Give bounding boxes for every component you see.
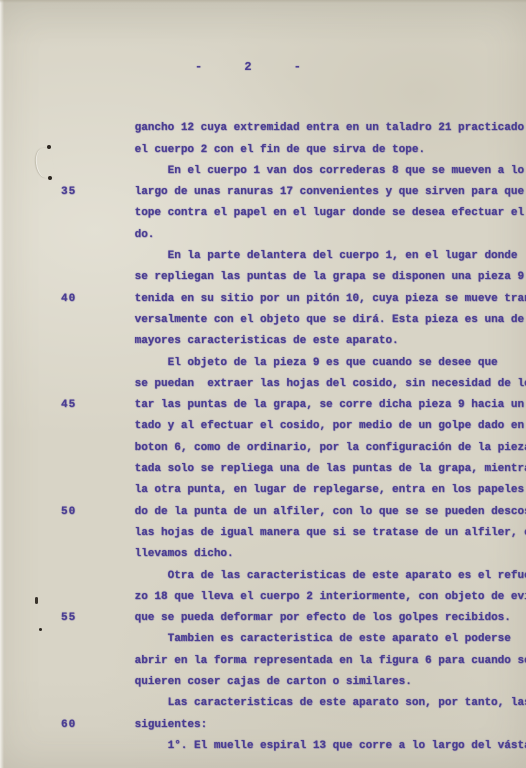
page-header: - 2 - xyxy=(195,60,301,74)
margin-line-number: 45 xyxy=(61,395,89,416)
text-line-row: do de la punta de un alfiler, con lo que… xyxy=(95,480,526,501)
staple-hole xyxy=(47,145,51,149)
text-line-row: llevamos dicho. xyxy=(95,523,526,544)
text-line-row: mayores caracteristicas de este aparato. xyxy=(95,310,526,331)
text-line-row: Las caracteristicas de este aparato son,… xyxy=(95,672,526,693)
text-line-row: abrir en la forma representada en la fig… xyxy=(95,629,526,650)
text-line-row: En la parte delantera del cuerpo 1, en e… xyxy=(95,225,526,246)
scanned-document-page: - 2 - gancho 12 cuya extremidad entra en… xyxy=(0,0,526,768)
text-line-row: boton 6, como de ordinario, por la confi… xyxy=(95,416,526,437)
paper-crease xyxy=(34,147,55,179)
text-line-row: 40versalmente con el objeto que se dirá.… xyxy=(95,289,526,310)
text-line-row: siguientes: xyxy=(95,693,526,714)
margin-line-number: 50 xyxy=(61,502,89,523)
margin-line-number: 40 xyxy=(61,289,89,310)
text-line: 1°. El muelle espiral 13 que corre a lo … xyxy=(135,736,526,757)
header-right-dash: - xyxy=(294,60,301,74)
text-line-row: tar las puntas de la grapa, se corre dic… xyxy=(95,374,526,395)
text-line-row: do. xyxy=(95,203,526,224)
page-number: 2 xyxy=(244,60,251,74)
text-line-row: se repliegan las puntas de la grapa se d… xyxy=(95,246,526,267)
scan-edge-top xyxy=(0,0,526,3)
staple-hole xyxy=(48,176,52,180)
text-line-row: 55Tambien es caracteristica de este apar… xyxy=(95,608,526,629)
text-line-row: largo de unas ranuras 17 convenientes y … xyxy=(95,161,526,182)
text-line-row: Otra de las caracteristicas de este apar… xyxy=(95,544,526,565)
text-line-row: 45tado y al efectuar el cosido, por medi… xyxy=(95,395,526,416)
text-line-row: zo 18 que lleva el cuerpo 2 interiorment… xyxy=(95,566,526,587)
typewritten-text-block: gancho 12 cuya extremidad entra en un ta… xyxy=(95,97,526,736)
text-line-row: tada solo se repliega una de las puntas … xyxy=(95,438,526,459)
text-line-row: que se pueda deformar por efecto de los … xyxy=(95,587,526,608)
margin-line-number: 60 xyxy=(61,715,89,736)
text-line-row: quieren coser cajas de carton o similare… xyxy=(95,651,526,672)
text-line-row: la otra punta, en lugar de replegarse, e… xyxy=(95,459,526,480)
text-line-row: 50las hojas de igual manera que si se tr… xyxy=(95,502,526,523)
text-line-row: tenida en su sitio por un pitón 10, cuya… xyxy=(95,267,526,288)
margin-line-number: 55 xyxy=(61,608,89,629)
scan-edge-left xyxy=(0,0,4,768)
text-line-row: se puedan extraer las hojas del cosido, … xyxy=(95,353,526,374)
text-line-row: 35tope contra el papel en el lugar donde… xyxy=(95,182,526,203)
ink-speck xyxy=(39,628,42,631)
header-left-dash: - xyxy=(195,60,202,74)
margin-line-number: 35 xyxy=(61,182,89,203)
text-line-row: gancho 12 cuya extremidad entra en un ta… xyxy=(95,97,526,118)
ink-speck xyxy=(35,597,38,604)
text-line-row: El objeto de la pieza 9 es que cuando se… xyxy=(95,331,526,352)
text-line-row: el cuerpo 2 con el fin de que sirva de t… xyxy=(95,118,526,139)
text-line-row: 601°. El muelle espiral 13 que corre a l… xyxy=(95,715,526,736)
text-line-row: En el cuerpo 1 van dos correderas 8 que … xyxy=(95,140,526,161)
